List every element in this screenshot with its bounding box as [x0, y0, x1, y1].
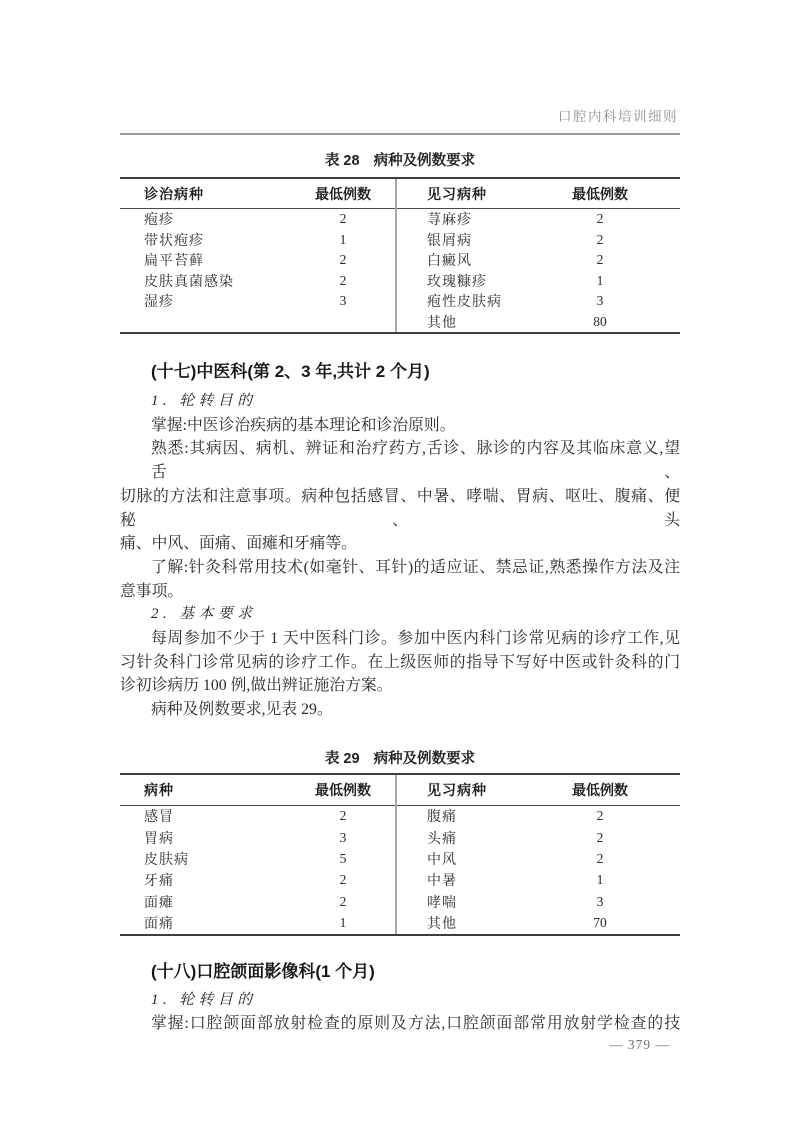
list-item-heading: 2. 基本要求 [120, 603, 680, 627]
table-row: 面瘫2 [120, 891, 395, 912]
disease-name-cell: 中风 [397, 849, 560, 869]
min-cases-cell: 1 [560, 872, 640, 888]
list-item-heading: 1. 轮转目的 [120, 989, 680, 1013]
disease-name-cell: 面瘫 [120, 892, 303, 912]
table-row: 头痛2 [397, 827, 680, 848]
table-row: 带状疱疹1 [120, 230, 395, 251]
min-cases-cell: 80 [560, 314, 640, 330]
column-header-observed-disease: 见习病种 [397, 184, 560, 204]
body-line: 痛、中风、面痛、面瘫和牙痛等。 [120, 532, 680, 556]
disease-name-cell: 带状疱疹 [120, 230, 303, 250]
disease-name-cell: 疱疹 [120, 209, 303, 229]
header-rule [120, 133, 680, 135]
min-cases-cell: 2 [560, 252, 640, 268]
table-row: 疱疹2 [120, 209, 395, 230]
table-29-right-half: 见习病种 最低例数 腹痛2 头痛2 中风2 中暑1 哮喘3 其他70 [395, 775, 680, 934]
min-cases-cell: 1 [303, 232, 383, 248]
table-28-caption: 病种及例数要求 [374, 153, 476, 169]
table-29-title: 表 29病种及例数要求 [120, 748, 680, 770]
min-cases-cell: 70 [560, 915, 640, 931]
disease-name-cell: 中暑 [397, 870, 560, 890]
column-header-min-cases: 最低例数 [560, 184, 640, 204]
section-heading-18: (十八)口腔颌面影像科(1 个月) [120, 961, 680, 983]
min-cases-cell: 2 [560, 808, 640, 824]
body-line: 了解:针灸科常用技术(如毫针、耳针)的适应证、禁忌证,熟悉操作方法及注 [120, 556, 680, 580]
table-row: 感冒2 [120, 806, 395, 827]
table-28-left-half: 诊治病种 最低例数 疱疹2 带状疱疹1 扁平苔藓2 皮肤真菌感染2 湿疹3 [120, 179, 395, 332]
min-cases-cell: 2 [303, 273, 383, 289]
min-cases-cell: 2 [303, 252, 383, 268]
min-cases-cell: 1 [303, 915, 383, 931]
table-29-label: 表 29 [325, 751, 360, 767]
min-cases-cell: 3 [303, 293, 383, 309]
column-header-min-cases: 最低例数 [560, 780, 640, 800]
section-18-body: 1. 轮转目的 掌握:口腔颌面部放射检查的原则及方法,口腔颌面部常用放射学检查的… [120, 989, 680, 1036]
disease-name-cell: 皮肤病 [120, 849, 303, 869]
table-28-label: 表 28 [325, 153, 360, 169]
document-page: 口腔内科培训细则 表 28病种及例数要求 诊治病种 最低例数 疱疹2 带状疱疹1… [0, 0, 800, 1054]
min-cases-cell: 2 [560, 211, 640, 227]
table-29-left-header: 病种 最低例数 [120, 775, 395, 806]
table-row: 疱性皮肤病3 [397, 291, 680, 312]
min-cases-cell: 2 [303, 872, 383, 888]
table-28-right-header: 见习病种 最低例数 [397, 179, 680, 209]
disease-name-cell: 面痛 [120, 913, 303, 933]
table-row: 皮肤病5 [120, 848, 395, 869]
table-29-left-half: 病种 最低例数 感冒2 胃病3 皮肤病5 牙痛2 面瘫2 面痛1 [120, 775, 395, 934]
table-row: 胃病3 [120, 827, 395, 848]
disease-name-cell: 腹痛 [397, 806, 560, 826]
disease-name-cell: 其他 [397, 913, 560, 933]
body-line: 意事项。 [120, 580, 680, 604]
section-17-body: 1. 轮转目的 掌握:中医诊治疾病的基本理论和诊治原则。 熟悉:其病因、病机、辨… [120, 390, 680, 722]
table-row: 其他80 [397, 312, 680, 333]
min-cases-cell: 3 [560, 293, 640, 309]
table-row: 中暑1 [397, 870, 680, 891]
min-cases-cell: 3 [303, 830, 383, 846]
min-cases-cell: 2 [560, 232, 640, 248]
min-cases-cell: 2 [560, 830, 640, 846]
body-line: 掌握:中医诊治疾病的基本理论和诊治原则。 [120, 414, 680, 438]
body-line: 熟悉:其病因、病机、辨证和治疗药方,舌诊、脉诊的内容及其临床意义,望舌、 [120, 437, 680, 484]
section-heading-17: (十七)中医科(第 2、3 年,共计 2 个月) [120, 361, 680, 383]
disease-name-cell: 荨麻疹 [397, 209, 560, 229]
disease-name-cell: 头痛 [397, 828, 560, 848]
table-row: 扁平苔藓2 [120, 250, 395, 271]
column-header-min-cases: 最低例数 [303, 780, 383, 800]
body-line: 切脉的方法和注意事项。病种包括感冒、中暑、哮喘、胃病、呕吐、腹痛、便秘、头 [120, 485, 680, 532]
table-28: 诊治病种 最低例数 疱疹2 带状疱疹1 扁平苔藓2 皮肤真菌感染2 湿疹3 见习… [120, 177, 680, 334]
min-cases-cell: 2 [303, 808, 383, 824]
body-line: 习针灸科门诊常见病的诊疗工作。在上级医师的指导下写好中医或针灸科的门 [120, 651, 680, 675]
body-line: 诊初诊病历 100 例,做出辨证施治方案。 [120, 674, 680, 698]
body-line: 掌握:口腔颌面部放射检查的原则及方法,口腔颌面部常用放射学检查的技 [120, 1012, 680, 1036]
disease-name-cell: 银屑病 [397, 230, 560, 250]
min-cases-cell: 1 [560, 273, 640, 289]
table-29-caption: 病种及例数要求 [374, 751, 476, 767]
disease-name-cell: 感冒 [120, 806, 303, 826]
disease-name-cell: 胃病 [120, 828, 303, 848]
column-header-disease: 病种 [120, 780, 303, 800]
table-28-left-header: 诊治病种 最低例数 [120, 179, 395, 209]
page-number: — 379 — [120, 1036, 680, 1054]
table-row-empty [120, 312, 395, 333]
table-row: 哮喘3 [397, 891, 680, 912]
body-line: 病种及例数要求,见表 29。 [120, 698, 680, 722]
table-row: 湿疹3 [120, 291, 395, 312]
min-cases-cell: 2 [560, 851, 640, 867]
min-cases-cell: 3 [560, 894, 640, 910]
table-row: 腹痛2 [397, 806, 680, 827]
min-cases-cell: 2 [303, 894, 383, 910]
table-row: 牙痛2 [120, 870, 395, 891]
disease-name-cell: 牙痛 [120, 870, 303, 890]
table-28-right-half: 见习病种 最低例数 荨麻疹2 银屑病2 白癜风2 玫瑰糠疹1 疱性皮肤病3 其他… [395, 179, 680, 332]
table-row: 皮肤真菌感染2 [120, 271, 395, 292]
disease-name-cell: 扁平苔藓 [120, 250, 303, 270]
list-item-heading: 1. 轮转目的 [120, 390, 680, 414]
disease-name-cell: 其他 [397, 312, 560, 332]
min-cases-cell: 5 [303, 851, 383, 867]
min-cases-cell: 2 [303, 211, 383, 227]
disease-name-cell: 白癜风 [397, 250, 560, 270]
disease-name-cell: 皮肤真菌感染 [120, 271, 303, 291]
disease-name-cell: 湿疹 [120, 291, 303, 311]
disease-name-cell: 哮喘 [397, 892, 560, 912]
column-header-min-cases: 最低例数 [303, 184, 383, 204]
running-header: 口腔内科培训细则 [120, 108, 680, 126]
table-29: 病种 最低例数 感冒2 胃病3 皮肤病5 牙痛2 面瘫2 面痛1 见习病种 最低… [120, 773, 680, 936]
column-header-disease: 诊治病种 [120, 184, 303, 204]
table-28-title: 表 28病种及例数要求 [120, 150, 680, 172]
disease-name-cell: 玫瑰糠疹 [397, 271, 560, 291]
body-line: 每周参加不少于 1 天中医科门诊。参加中医内科门诊常见病的诊疗工作,见 [120, 627, 680, 651]
column-header-observed-disease: 见习病种 [397, 780, 560, 800]
table-row: 玫瑰糠疹1 [397, 271, 680, 292]
table-row: 中风2 [397, 848, 680, 869]
table-row: 面痛1 [120, 912, 395, 933]
table-row: 白癜风2 [397, 250, 680, 271]
disease-name-cell: 疱性皮肤病 [397, 291, 560, 311]
table-29-right-header: 见习病种 最低例数 [397, 775, 680, 806]
table-row: 其他70 [397, 912, 680, 933]
table-row: 银屑病2 [397, 230, 680, 251]
table-row: 荨麻疹2 [397, 209, 680, 230]
